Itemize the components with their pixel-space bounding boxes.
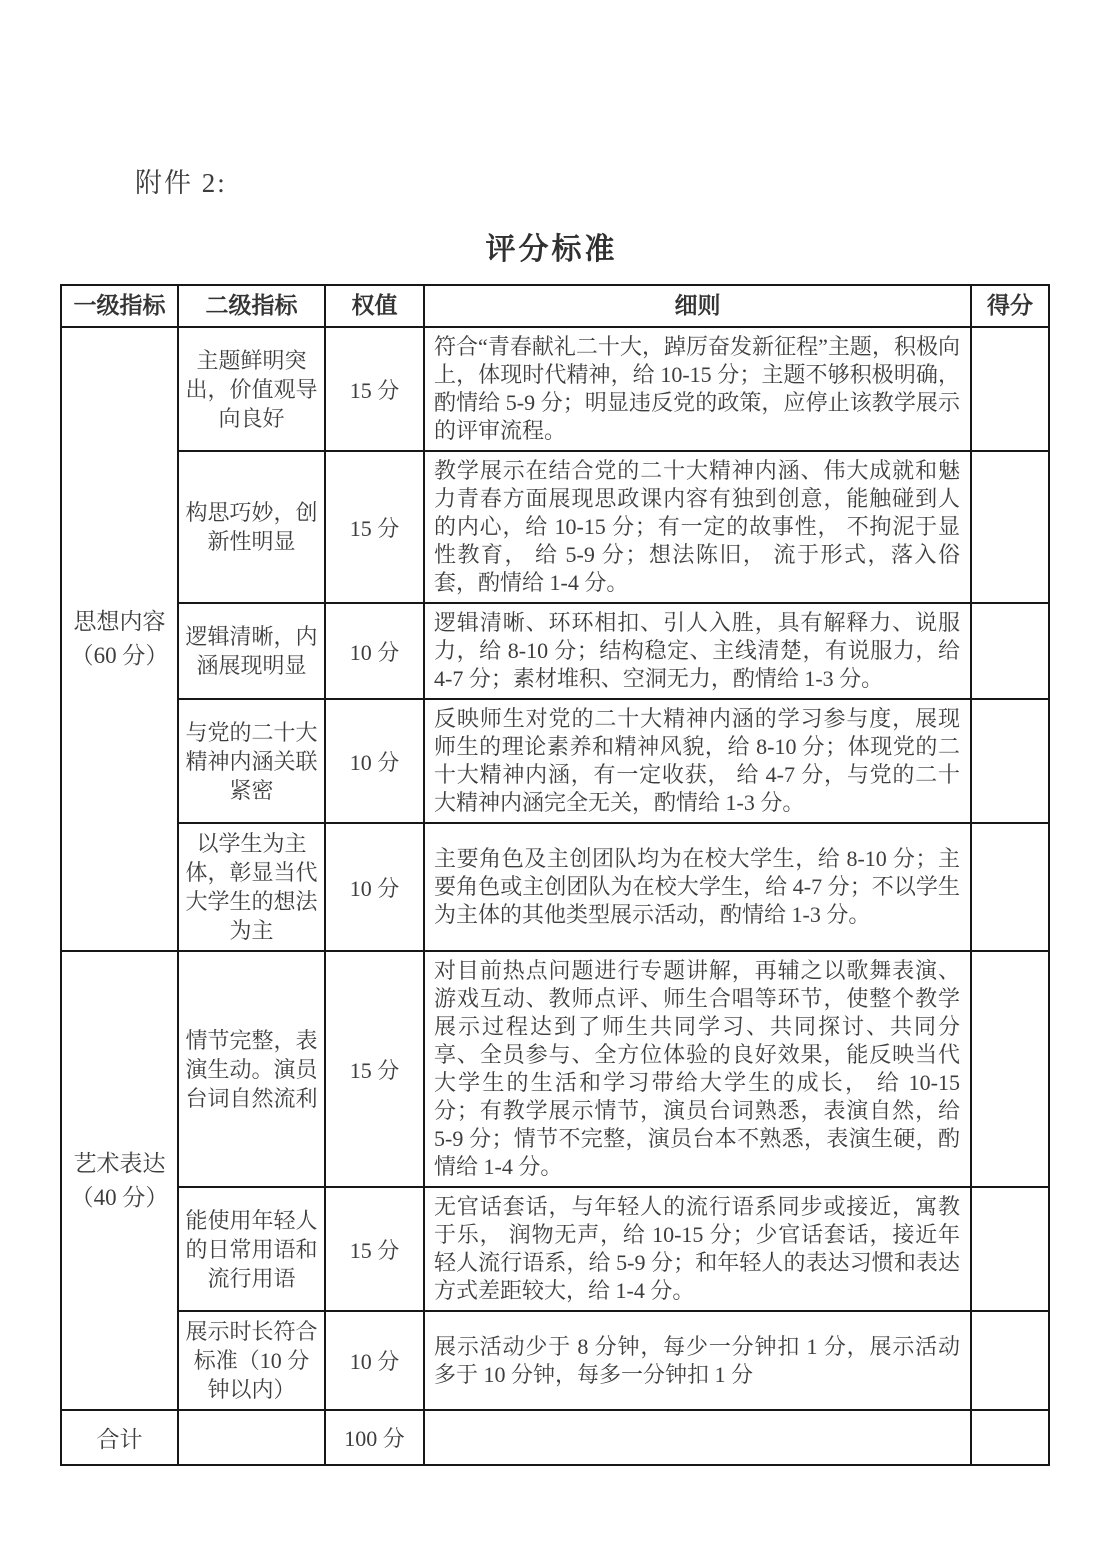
empty-cell: [971, 1410, 1049, 1465]
indicator-cell: 逻辑清晰，内涵展现明显: [178, 603, 325, 699]
weight-cell: 10 分: [325, 603, 424, 699]
score-cell: [971, 1311, 1049, 1410]
header-detail: 细则: [424, 285, 971, 327]
attachment-label: 附件 2:: [135, 168, 1103, 198]
table-row: 能使用年轻人的日常用语和流行用语 15 分 无官话套话，与年轻人的流行语系同步或…: [61, 1187, 1049, 1311]
weight-cell: 10 分: [325, 699, 424, 823]
indicator-cell: 情节完整，表演生动。演员台词自然流利: [178, 951, 325, 1187]
indicator-cell: 展示时长符合标准（10 分钟以内）: [178, 1311, 325, 1410]
detail-cell: 反映师生对党的二十大精神内涵的学习参与度，展现师生的理论素养和精神风貌，给 8-…: [424, 699, 971, 823]
category-name: 艺术表达: [64, 1147, 175, 1181]
indicator-cell: 构思巧妙，创新性明显: [178, 451, 325, 603]
score-cell: [971, 1187, 1049, 1311]
score-cell: [971, 327, 1049, 451]
category-points: （40 分）: [64, 1181, 175, 1215]
detail-cell: 无官话套话，与年轻人的流行语系同步或接近，寓教于乐， 润物无声，给 10-15 …: [424, 1187, 971, 1311]
detail-cell: 展示活动少于 8 分钟，每少一分钟扣 1 分，展示活动多于 10 分钟，每多一分…: [424, 1311, 971, 1410]
score-cell: [971, 823, 1049, 951]
document-page: 附件 2: 评分标准 一级指标 二级指标 权值 细则 得分 思想内容 （: [0, 0, 1103, 1466]
detail-cell: 主要角色及主创团队均为在校大学生，给 8-10 分；主要角色或主创团队为在校大学…: [424, 823, 971, 951]
scoring-rubric-table: 一级指标 二级指标 权值 细则 得分 思想内容 （60 分） 主题鲜明突出，价值…: [60, 284, 1050, 1466]
score-cell: [971, 699, 1049, 823]
indicator-cell: 与党的二十大精神内涵关联紧密: [178, 699, 325, 823]
score-cell: [971, 451, 1049, 603]
weight-cell: 15 分: [325, 951, 424, 1187]
score-cell: [971, 603, 1049, 699]
total-weight-cell: 100 分: [325, 1410, 424, 1465]
category-points: （60 分）: [64, 639, 175, 673]
category-cell-ideological-content: 思想内容 （60 分）: [61, 327, 178, 951]
table-row: 与党的二十大精神内涵关联紧密 10 分 反映师生对党的二十大精神内涵的学习参与度…: [61, 699, 1049, 823]
weight-cell: 15 分: [325, 451, 424, 603]
score-cell: [971, 951, 1049, 1187]
table-row: 以学生为主体，彰显当代大学生的想法为主 10 分 主要角色及主创团队均为在校大学…: [61, 823, 1049, 951]
weight-cell: 10 分: [325, 823, 424, 951]
header-level1-indicator: 一级指标: [61, 285, 178, 327]
weight-cell: 10 分: [325, 1311, 424, 1410]
indicator-cell: 能使用年轻人的日常用语和流行用语: [178, 1187, 325, 1311]
detail-cell: 对目前热点问题进行专题讲解，再辅之以歌舞表演、游戏互动、教师点评、师生合唱等环节…: [424, 951, 971, 1187]
header-score: 得分: [971, 285, 1049, 327]
header-level2-indicator: 二级指标: [178, 285, 325, 327]
table-row: 思想内容 （60 分） 主题鲜明突出，价值观导向良好 15 分 符合“青春献礼二…: [61, 327, 1049, 451]
total-label-cell: 合计: [61, 1410, 178, 1465]
table-row: 艺术表达 （40 分） 情节完整，表演生动。演员台词自然流利 15 分 对目前热…: [61, 951, 1049, 1187]
table-header-row: 一级指标 二级指标 权值 细则 得分: [61, 285, 1049, 327]
table-row: 展示时长符合标准（10 分钟以内） 10 分 展示活动少于 8 分钟，每少一分钟…: [61, 1311, 1049, 1410]
page-title: 评分标准: [0, 224, 1103, 268]
weight-cell: 15 分: [325, 1187, 424, 1311]
table-row: 逻辑清晰，内涵展现明显 10 分 逻辑清晰、环环相扣、引人入胜，具有解释力、说服…: [61, 603, 1049, 699]
indicator-cell: 主题鲜明突出，价值观导向良好: [178, 327, 325, 451]
detail-cell: 逻辑清晰、环环相扣、引人入胜，具有解释力、说服力，给 8-10 分；结构稳定、主…: [424, 603, 971, 699]
category-name: 思想内容: [64, 605, 175, 639]
empty-cell: [178, 1410, 325, 1465]
indicator-cell: 以学生为主体，彰显当代大学生的想法为主: [178, 823, 325, 951]
category-cell-artistic-expression: 艺术表达 （40 分）: [61, 951, 178, 1410]
table-row: 构思巧妙，创新性明显 15 分 教学展示在结合党的二十大精神内涵、伟大成就和魅力…: [61, 451, 1049, 603]
total-row: 合计 100 分: [61, 1410, 1049, 1465]
detail-cell: 符合“青春献礼二十大，踔厉奋发新征程”主题，积极向上，体现时代精神，给 10-1…: [424, 327, 971, 451]
empty-cell: [424, 1410, 971, 1465]
detail-cell: 教学展示在结合党的二十大精神内涵、伟大成就和魅力青春方面展现思政课内容有独到创意…: [424, 451, 971, 603]
header-weight: 权值: [325, 285, 424, 327]
weight-cell: 15 分: [325, 327, 424, 451]
